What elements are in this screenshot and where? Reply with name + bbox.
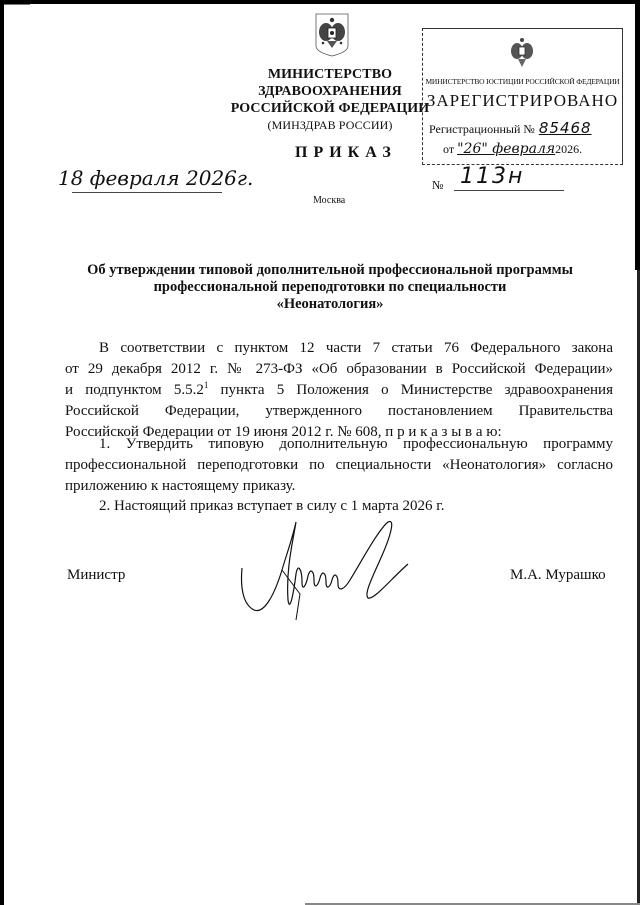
ministry-short-name: (МИНЗДРАВ РОССИИ) xyxy=(200,117,460,134)
title-line1: Об утверждении типовой дополнительной пр… xyxy=(60,262,600,279)
preamble-subclause: и подпунктом 5.5.2 xyxy=(65,382,204,398)
preamble-line: Российской Федерации, утвержденного пост… xyxy=(65,401,613,422)
item1-line: профессиональной переподготовки по специ… xyxy=(65,455,613,476)
ministry-name-line1: МИНИСТЕРСТВО ЗДРАВООХРАНЕНИЯ xyxy=(200,66,460,100)
stamp-date: от "26" февраля2026. xyxy=(443,141,582,157)
stamp-date-handwritten: "26" февраля xyxy=(457,141,555,157)
preamble-line: и подпунктом 5.5.21 пункта 5 Положения о… xyxy=(65,380,613,401)
order-date-handwritten: 18 февраля 2026г. xyxy=(58,166,253,190)
date-underline xyxy=(72,192,222,193)
stamp-registration-number: Регистрационный №85468 xyxy=(429,119,592,137)
ministry-name-line2: РОССИЙСКОЙ ФЕДЕРАЦИИ xyxy=(200,100,460,117)
coat-of-arms-icon xyxy=(314,12,350,58)
stamp-reg-label: Регистрационный № xyxy=(429,122,535,136)
registration-stamp: МИНИСТЕРСТВО ЮСТИЦИИ РОССИЙСКОЙ ФЕДЕРАЦИ… xyxy=(422,28,623,165)
item1-line: 1. Утвердить типовую дополнительную проф… xyxy=(65,434,613,455)
preamble-line: В соответствии с пунктом 12 части 7 стат… xyxy=(65,338,613,359)
scan-border-top xyxy=(0,0,640,4)
scan-border-top-edge xyxy=(0,4,30,5)
signer-name: М.А. Мурашко xyxy=(510,567,606,584)
ministry-header: МИНИСТЕРСТВО ЗДРАВООХРАНЕНИЯ РОССИЙСКОЙ … xyxy=(200,66,460,134)
order-number-label: № xyxy=(432,178,443,193)
number-underline xyxy=(454,190,564,191)
document-type: ПРИКАЗ xyxy=(295,144,397,162)
scan-border-left xyxy=(0,0,4,905)
scan-border-right xyxy=(635,0,640,270)
stamp-reg-number-handwritten: 85468 xyxy=(539,119,592,137)
signer-role: Министр xyxy=(67,567,125,584)
stamp-title: ЗАРЕГИСТРИРОВАНО xyxy=(423,91,622,111)
order-number-handwritten: 113н xyxy=(460,164,524,189)
stamp-organization: МИНИСТЕРСТВО ЮСТИЦИИ РОССИЙСКОЙ ФЕДЕРАЦИ… xyxy=(423,77,622,86)
item-1-paragraph: 1. Утвердить типовую дополнительную проф… xyxy=(65,434,613,497)
order-city: Москва xyxy=(313,195,345,206)
order-title: Об утверждении типовой дополнительной пр… xyxy=(60,262,600,313)
stamp-coat-of-arms-icon xyxy=(507,35,537,71)
stamp-date-year: 2026 xyxy=(555,142,579,156)
title-line2: профессиональной переподготовки по специ… xyxy=(60,279,600,296)
handwritten-signature-icon xyxy=(230,510,420,625)
title-line3: «Неонатология» xyxy=(60,296,600,313)
preamble-line: от 29 декабря 2012 г. № 273-ФЗ «Об образ… xyxy=(65,359,613,380)
item1-line: приложению к настоящему приказу. xyxy=(65,476,613,497)
preamble-paragraph: В соответствии с пунктом 12 части 7 стат… xyxy=(65,338,613,443)
preamble-line-rest: пункта 5 Положения о Министерстве здраво… xyxy=(208,382,613,398)
stamp-date-prefix: от xyxy=(443,142,454,156)
